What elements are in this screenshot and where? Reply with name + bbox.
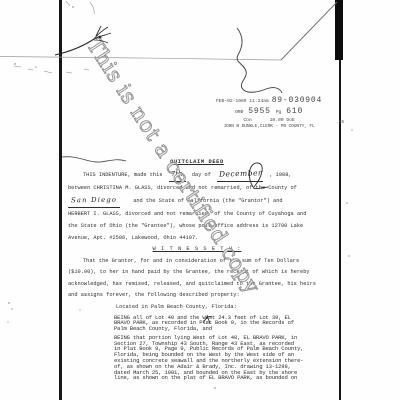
page-corner-diagonal	[281, 2, 337, 60]
stamp-con-label: Con	[243, 118, 251, 123]
legal-description-1: BEING all of Lot 40 and the West 24.3 fe…	[114, 315, 326, 332]
stamp-cents: .55	[336, 121, 344, 125]
pencil-dashes	[14, 1, 94, 73]
deed-title: QUITCLAIM DEED	[68, 157, 326, 168]
stamp-clerk-line: JOHN B DUNKLE,CLERK - PB COUNTY, FL	[194, 124, 344, 129]
stamp-orb-label: ORB	[235, 110, 243, 115]
witnesseth-section: W I T N E S S E T H : That the Grantor, …	[68, 244, 326, 302]
legal-description-2: BEING that portion lying West of Lot 40,…	[114, 335, 326, 381]
stamp-line-1: FEB-02-1989 11:24am 89-030904	[194, 96, 344, 105]
pen-scribble-top-center	[237, 28, 282, 93]
page-right-edge-top	[335, 0, 343, 60]
opening-post: , 1988,	[269, 172, 291, 178]
stamp-doc-number: 89-030904	[272, 96, 322, 105]
stamp-book-number: 5955	[248, 107, 270, 116]
consideration-line-3: acknowledged, has remised, released, and…	[68, 279, 326, 291]
handwritten-month: December	[218, 167, 261, 180]
opening-pre: THIS INDENTURE, made this	[83, 172, 162, 178]
deed-line-address: Avenue, Apt. #2506, Lakewood, Ohio 44107…	[68, 232, 326, 244]
stamp-date-time: FEB-02-1989 11:24am	[216, 99, 269, 104]
legal2-line: line, as shown on the plat of EL BRAVO P…	[114, 375, 326, 381]
stamp-line-3: Con 10.00 DoE	[194, 118, 344, 123]
located-line: Located in Palm Beach County, Florida:	[68, 302, 326, 312]
stamp-line-2: ORB 5955 Pg 610	[194, 107, 344, 116]
stamp-page-number: 610	[286, 107, 303, 116]
legal1-line: Palm Beach County, Florida, and	[114, 326, 326, 332]
handwritten-county: San Diego	[71, 194, 117, 207]
page-left-edge	[59, 0, 62, 400]
recording-stamp: FEB-02-1989 11:24am 89-030904 ORB 5955 P…	[194, 96, 344, 129]
consideration-line-2: ($10.00), to her in hand paid by the Gra…	[68, 267, 326, 279]
county-blank: San Diego	[68, 194, 120, 208]
witnesseth-heading: W I T N E S S E T H :	[68, 244, 326, 256]
consideration-line-1: That the Grantor, for and in considerati…	[68, 256, 326, 268]
fold-crease-line	[0, 57, 281, 61]
month-blank: December	[217, 168, 263, 182]
stamp-amount: 10.00 DoE	[270, 118, 295, 123]
scanned-deed-page: FEB-02-1989 11:24am 89-030904 ORB 5955 P…	[0, 0, 400, 400]
page-right-edge	[339, 0, 341, 400]
consideration-line-4: and assigns forever, the following descr…	[68, 290, 326, 302]
stamp-pg-label: Pg	[276, 110, 282, 115]
